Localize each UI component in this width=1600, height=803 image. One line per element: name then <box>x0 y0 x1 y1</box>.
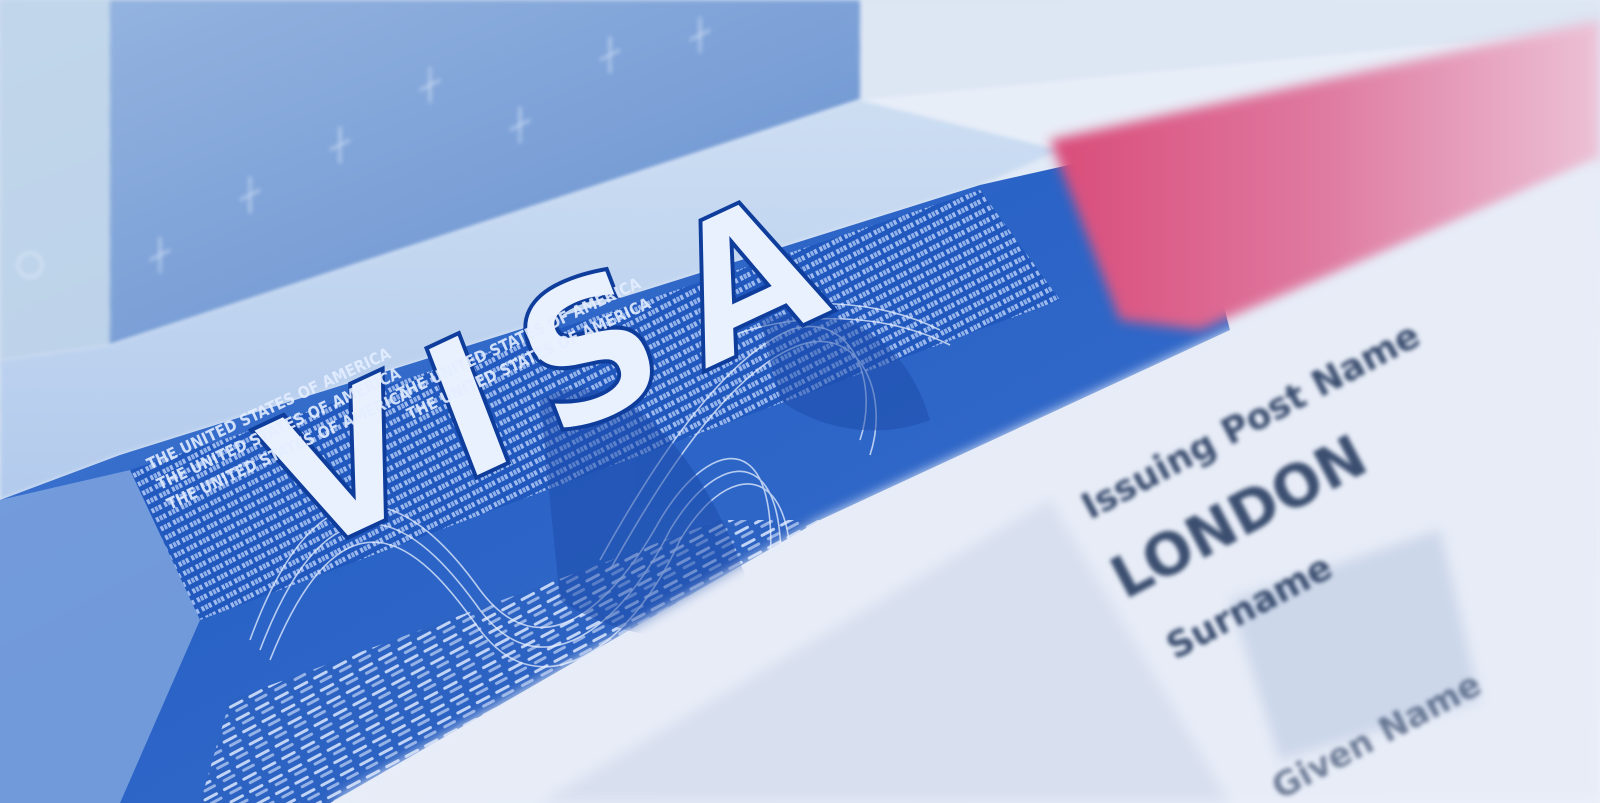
visa-photograph: VISA THE UNITED STATES OF AMERICA THE UN… <box>0 0 1600 803</box>
visa-fields-text: Issuing Post Name LONDON Surname Given N… <box>0 0 1600 803</box>
given-name-label: Given Name <box>1265 664 1487 803</box>
